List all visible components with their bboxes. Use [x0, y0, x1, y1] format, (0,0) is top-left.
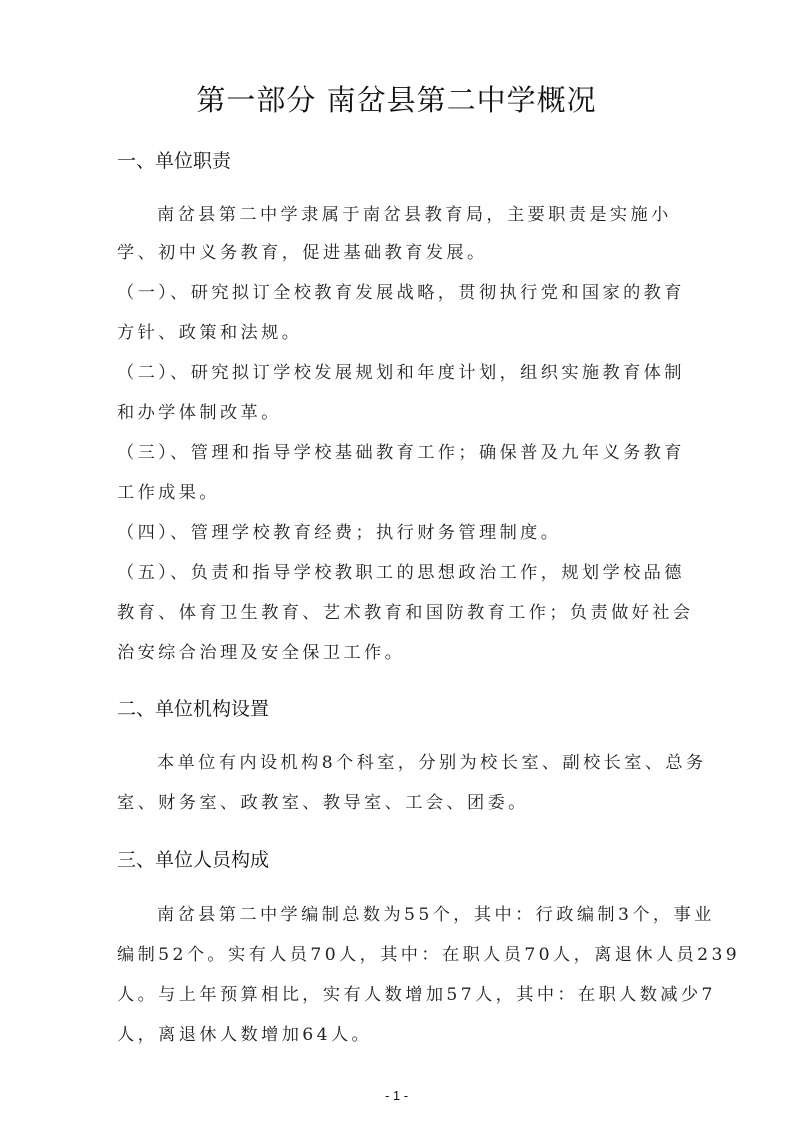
paragraph-line: 本单位有内设机构8个科室，分别为校长室、副校长室、总务 — [157, 748, 717, 773]
page-number: - 1 - — [0, 1088, 793, 1103]
section-heading-duties: 一、单位职责 — [117, 146, 231, 173]
section-heading-structure: 二、单位机构设置 — [117, 694, 269, 721]
paragraph-line: （三）、管理和指导学校基础教育工作；确保普及九年义务教育 — [117, 438, 677, 463]
document-page: 第一部分 南岔县第二中学概况 一、单位职责 南岔县第二中学隶属于南岔县教育局，主… — [0, 0, 793, 1122]
paragraph-line: 编制52个。实有人员70人，其中：在职人员70人，离退休人员239 — [117, 940, 677, 965]
paragraph-line: 方针、政策和法规。 — [117, 318, 677, 343]
paragraph-line: 工作成果。 — [117, 478, 677, 503]
paragraph-line: （五）、负责和指导学校教职工的思想政治工作，规划学校品德 — [117, 558, 677, 583]
paragraph-line: （一）、研究拟订全校教育发展战略，贯彻执行党和国家的教育 — [117, 278, 677, 303]
section-heading-staff: 三、单位人员构成 — [117, 845, 269, 872]
paragraph-line: 室、财务室、政教室、教导室、工会、团委。 — [117, 788, 677, 813]
paragraph-line: 治安综合治理及安全保卫工作。 — [117, 638, 677, 663]
paragraph-line: 学、初中义务教育，促进基础教育发展。 — [117, 238, 677, 263]
page-title: 第一部分 南岔县第二中学概况 — [0, 78, 793, 119]
paragraph-line: （四）、管理学校教育经费；执行财务管理制度。 — [117, 518, 677, 543]
paragraph-line: 和办学体制改革。 — [117, 398, 677, 423]
paragraph-line: 教育、体育卫生教育、艺术教育和国防教育工作；负责做好社会 — [117, 598, 677, 623]
paragraph-line: （二）、研究拟订学校发展规划和年度计划，组织实施教育体制 — [117, 358, 677, 383]
paragraph-line: 人，离退休人数增加64人。 — [117, 1020, 677, 1045]
paragraph-line: 南岔县第二中学隶属于南岔县教育局，主要职责是实施小 — [157, 200, 717, 225]
paragraph-line: 南岔县第二中学编制总数为55个，其中：行政编制3个，事业 — [157, 900, 717, 925]
paragraph-line: 人。与上年预算相比，实有人数增加57人，其中：在职人数减少7 — [117, 980, 677, 1005]
